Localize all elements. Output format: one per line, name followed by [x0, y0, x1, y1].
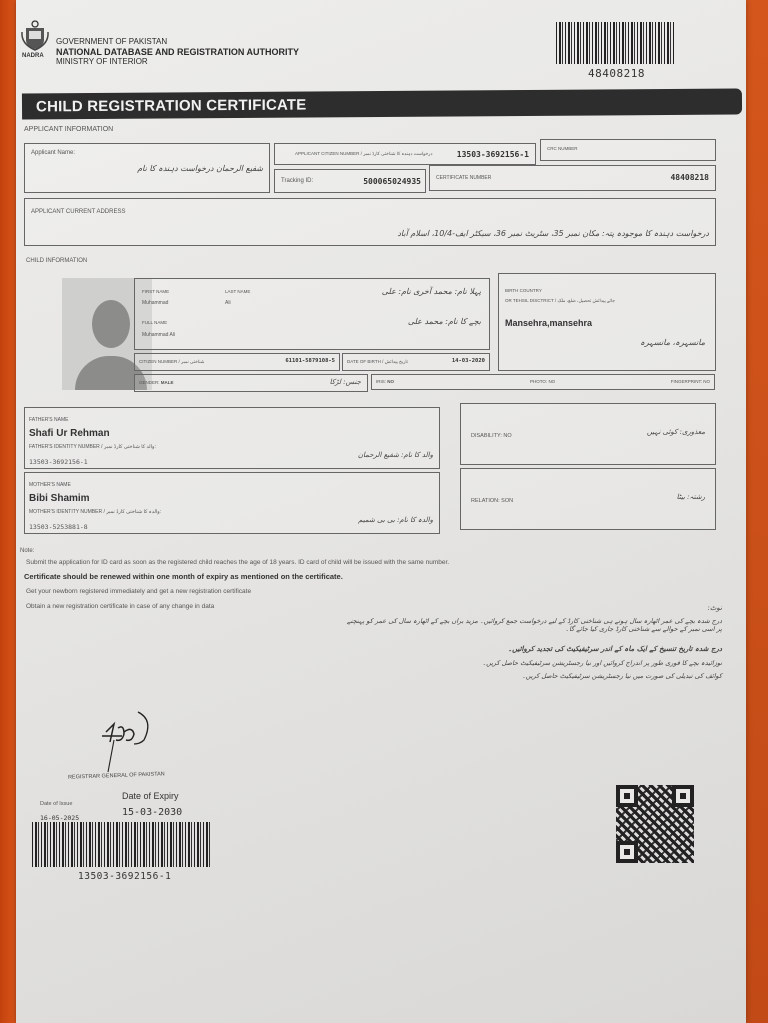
full-name-urdu: بچے کا نام: محمد علی: [408, 317, 481, 326]
relation-urdu: رشتہ: بیٹا: [677, 493, 705, 501]
government-line: GOVERNMENT OF PAKISTAN: [56, 37, 299, 47]
relation-value: Son: [501, 498, 513, 504]
gender-urdu: جنس: لڑکا: [330, 378, 361, 386]
issue-date: 16-05-2025: [40, 814, 79, 822]
mother-name-label: MOTHER'S NAME: [29, 482, 71, 488]
dob: 14-03-2020: [452, 358, 485, 364]
father-id-number: 13503-3692156-1: [29, 458, 88, 466]
relation-field: RELATION: Son: [471, 498, 513, 504]
child-section-label: CHILD INFORMATION: [26, 258, 87, 264]
gender-box: GENDER: Male جنس: لڑکا: [134, 374, 368, 392]
disability-value: NO: [503, 433, 511, 439]
certificate-number-box: CERTIFICATE NUMBER 48408218: [429, 165, 716, 191]
applicant-name-urdu: شفیع الرحمان درخواست دہندہ کا نام: [137, 164, 263, 173]
tracking-id-box: Tracking ID: 500065024935: [274, 169, 426, 193]
disability-field: DISABILITY: NO: [471, 433, 512, 439]
dob-label: DATE OF BIRTH / تاریخ پیدائش: [347, 359, 408, 365]
gender-value: Male: [161, 380, 174, 385]
photo-field: PHOTO: NO: [530, 379, 555, 384]
note-item-2: Certificate should be renewed within one…: [24, 572, 343, 581]
crc-number-label: CRC NUMBER: [547, 146, 578, 151]
gender-field: GENDER: Male: [139, 380, 174, 385]
father-box: FATHER'S NAME Shafi Ur Rehman FATHER'S I…: [24, 407, 440, 469]
father-name-urdu: والد کا نام: شفیع الرحمان: [358, 451, 433, 459]
address-urdu: درخواست دہندہ کا موجودہ پتہ: مکان نمبر 3…: [397, 229, 709, 238]
first-name: Muhammad: [142, 300, 168, 306]
expiry-date: 15-03-2030: [122, 807, 182, 818]
address-label: APPLICANT CURRENT ADDRESS: [31, 209, 125, 215]
note-item-4: Obtain a new registration certificate in…: [26, 603, 214, 610]
father-name-label: FATHER'S NAME: [29, 417, 68, 423]
fingerprint-label: FINGERPRINT:: [671, 379, 702, 384]
birth-district-label: OR TEHSIL DISCTRICT / جائے پیدائش تحصیل،…: [505, 298, 615, 304]
certificate-page: NADRA GOVERNMENT OF PAKISTAN NATIONAL DA…: [16, 0, 746, 1023]
iris-label: IRIS:: [376, 379, 386, 384]
urdu-note-2: درج شدہ تاریخ تنسیخ کے ایک ماہ کے اندر س…: [508, 645, 722, 653]
certificate-barcode-number: 48408218: [588, 67, 645, 80]
last-name-label: LAST NAME: [225, 289, 250, 294]
urdu-note-1: درج شدہ بچے کی عمر اٹھارہ سال ہوتے ہی شن…: [342, 617, 722, 633]
applicant-name-label: Applicant Name:: [31, 150, 75, 156]
address-box: APPLICANT CURRENT ADDRESS درخواست دہندہ …: [24, 198, 716, 246]
mother-name: Bibi Shamim: [29, 493, 90, 504]
certificate-number: 48408218: [670, 173, 709, 182]
photo-value: NO: [548, 379, 555, 384]
urdu-note-3: نوزائیدہ بچے کا فوری طور پر اندراج کروائ…: [482, 659, 722, 667]
fingerprint-field: FINGERPRINT: NO: [671, 379, 710, 384]
mother-id-label: MOTHER'S IDENTITY NUMBER / والدہ کا شناخ…: [29, 509, 161, 515]
page-title: CHILD REGISTRATION CERTIFICATE: [36, 97, 307, 116]
child-citizen-number-box: CITIZEN NUMBER / شناختی نمبر 61101-58791…: [134, 353, 340, 371]
relation-box: RELATION: Son رشتہ: بیٹا: [460, 468, 716, 530]
registrar-label: REGISTRAR GENERAL OF PAKISTAN: [68, 771, 165, 780]
citizen-barcode-number: 13503-3692156-1: [78, 871, 171, 882]
birth-place: Mansehra,mansehra: [505, 318, 592, 328]
birth-place-urdu: مانسہرہ، مانسہرہ: [640, 338, 705, 347]
mother-box: MOTHER'S NAME Bibi Shamim MOTHER'S IDENT…: [24, 472, 440, 534]
applicant-name-box: Applicant Name: شفیع الرحمان درخواست دہن…: [24, 143, 270, 193]
iris-field: IRIS: NO: [376, 379, 394, 384]
fingerprint-value: NO: [703, 379, 710, 384]
ministry-line: MINISTRY OF INTERIOR: [56, 57, 299, 67]
crc-number-box: CRC NUMBER: [540, 139, 716, 161]
birth-country-label: BIRTH COUNTRY: [505, 288, 542, 293]
iris-value: NO: [387, 379, 394, 384]
registrar-signature-icon: [96, 710, 156, 775]
gender-label: GENDER:: [139, 380, 160, 385]
tracking-id: 500065024935: [363, 177, 421, 186]
certificate-barcode: [556, 22, 674, 64]
org-header: GOVERNMENT OF PAKISTAN NATIONAL DATABASE…: [56, 37, 299, 67]
urdu-notes-heading: نوٹ:: [707, 604, 722, 612]
applicant-citizen-number-label: APPLICANT CITIZEN NUMBER / درخواست دہندہ…: [295, 151, 432, 157]
applicant-citizen-number: 13503-3692156-1: [457, 150, 529, 159]
father-name: Shafi Ur Rehman: [29, 428, 110, 439]
qr-code: [616, 785, 694, 863]
child-citizen-number-label: CITIZEN NUMBER / شناختی نمبر: [139, 359, 204, 365]
child-name-box: FIRST NAME Muhammad LAST NAME Ali پہلا ن…: [134, 278, 490, 350]
child-name-urdu: پہلا نام: محمد آخری نام: علی: [382, 287, 481, 296]
certificate-number-label: CERTIFICATE NUMBER: [436, 175, 491, 181]
tracking-id-label: Tracking ID:: [281, 178, 313, 184]
mother-id-number: 13503-5253881-8: [29, 523, 88, 531]
full-name-label: FULL NAME: [142, 320, 167, 325]
citizen-barcode: [32, 822, 210, 867]
applicant-citizen-number-box: APPLICANT CITIZEN NUMBER / درخواست دہندہ…: [274, 143, 536, 165]
applicant-section-label: APPLICANT INFORMATION: [24, 126, 113, 133]
disability-label: DISABILITY:: [471, 433, 502, 439]
note-item-1: Submit the application for ID card as so…: [26, 559, 449, 566]
father-id-label: FATHER'S IDENTITY NUMBER / والد کا شناخت…: [29, 444, 156, 450]
first-name-label: FIRST NAME: [142, 289, 169, 294]
note-item-3: Get your newborn registered immediately …: [26, 588, 251, 595]
disability-box: DISABILITY: NO معذوری: کوئی نہیں: [460, 403, 716, 465]
dob-box: DATE OF BIRTH / تاریخ پیدائش 14-03-2020: [342, 353, 490, 371]
photo-label: PHOTO:: [530, 379, 547, 384]
child-citizen-number: 61101-5879108-5: [285, 358, 335, 364]
issue-date-label: Date of Issue: [40, 801, 72, 807]
iris-photo-fingerprint-box: IRIS: NO PHOTO: NO FINGERPRINT: NO: [371, 374, 715, 390]
expiry-date-label: Date of Expiry: [122, 791, 179, 801]
full-name: Muhammad Ali: [142, 332, 175, 338]
urdu-note-4: کوائف کی تبدیلی کی صورت میں نیا رجسٹریشن…: [522, 672, 722, 680]
last-name: Ali: [225, 300, 231, 306]
authority-line: NATIONAL DATABASE AND REGISTRATION AUTHO…: [56, 47, 299, 57]
disability-urdu: معذوری: کوئی نہیں: [647, 428, 705, 436]
relation-label: RELATION:: [471, 498, 500, 504]
notes-heading: Note:: [20, 548, 34, 554]
mother-name-urdu: والدہ کا نام: بی بی شمیم: [358, 516, 433, 524]
title-bar: CHILD REGISTRATION CERTIFICATE: [22, 88, 742, 119]
nadra-logo: NADRA: [22, 53, 44, 59]
avatar-head-icon: [92, 300, 130, 348]
birth-place-box: BIRTH COUNTRY OR TEHSIL DISCTRICT / جائے…: [498, 273, 716, 371]
pakistan-emblem-icon: [20, 20, 50, 54]
